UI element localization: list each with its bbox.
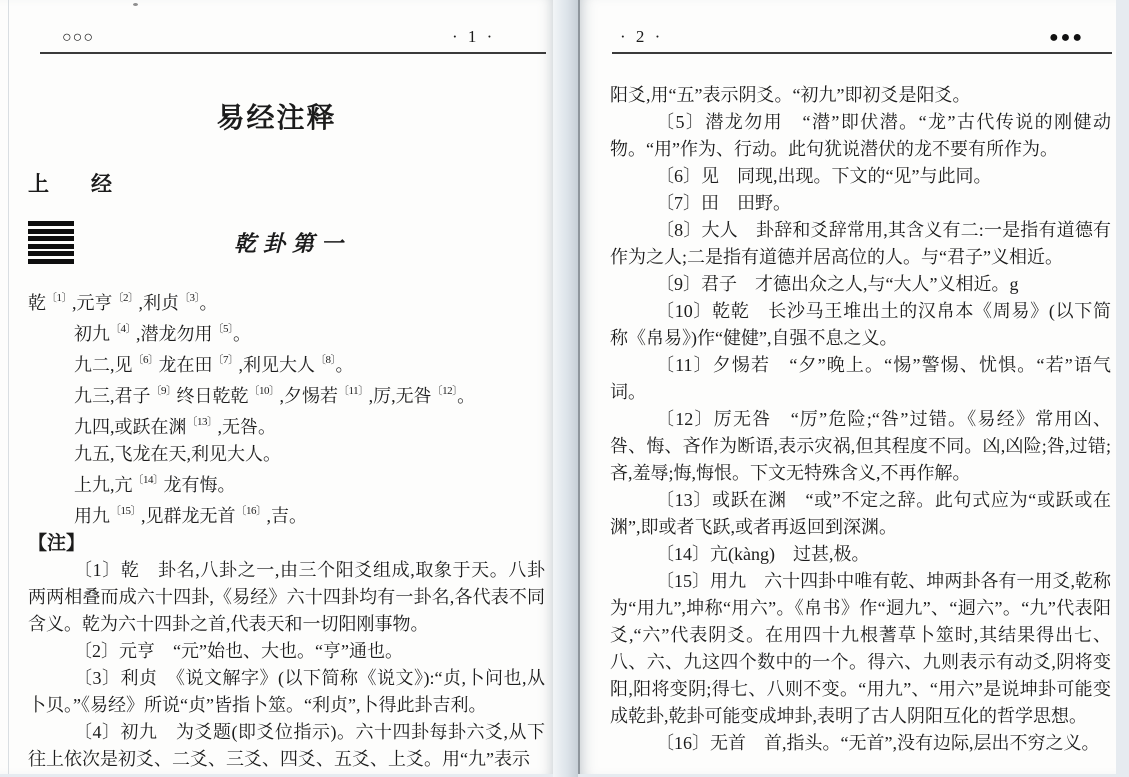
page-number: · 2 · [620,27,663,47]
note-paragraph: 阳爻,用“五”表示阴爻。“初九”即初爻是阳爻。 [610,82,1111,109]
hexagram-line [28,229,74,234]
notes-header: 【注】 [28,530,545,557]
note-paragraph: 〔3〕利贞 《说文解字》(以下简称《说文》):“贞,卜问也,从卜贝。”《易经》所… [28,665,545,719]
page-right-content: 阳爻,用“五”表示阴爻。“初九”即初爻是阳爻。〔5〕潜龙勿用 “潜”即伏潜。“龙… [610,82,1111,757]
page2-paragraphs: 阳爻,用“五”表示阴爻。“初九”即初爻是阳爻。〔5〕潜龙勿用 “潜”即伏潜。“龙… [610,82,1111,757]
chapter-title: 乾卦第一 [234,227,350,258]
ornament-circles-outline: ○○○ [62,29,94,47]
note-paragraph: 〔13〕或跃在渊 “或”不定之辞。此句式应为“或跃或在渊”,即或者飞跃,或者再返… [610,487,1111,541]
note-ref: 〔9〕 [151,385,177,397]
note-ref: 〔7〕 [213,354,239,366]
note-ref: 〔5〕 [213,323,234,335]
notes-left: 〔1〕乾 卦名,八卦之一,由三个阳爻组成,取象于天。八卦两两相叠而成六十四卦,《… [28,557,545,773]
jing-line: 乾〔1〕,元亨〔2〕,利贞〔3〕。 [28,286,545,317]
note-paragraph: 〔2〕元亨 “元”始也、大也。“亨”通也。 [28,638,545,665]
note-ref: 〔16〕 [236,505,267,517]
note-ref: 〔11〕 [338,385,369,397]
jing-text: 乾〔1〕,元亨〔2〕,利贞〔3〕。初九〔4〕,潜龙勿用〔5〕。九二,见〔6〕龙在… [28,286,545,530]
ornament-circles-filled: ●●● [1049,29,1084,47]
jing-line: 上九,亢〔14〕龙有悔。 [28,468,545,499]
book-title: 易经注释 [0,96,553,136]
note-ref: 〔1〕 [46,292,72,304]
hexagram-line [28,259,74,264]
note-paragraph: 〔11〕夕惕若 “夕”晚上。“惕”警惕、忧惧。“若”语气词。 [610,352,1111,406]
hexagram-line [28,236,74,241]
note-paragraph: 〔12〕厉无咎 “厉”危险;“咎”过错。《易经》常用凶、咎、悔、吝作为断语,表示… [610,406,1111,487]
jing-line: 初九〔4〕,潜龙勿用〔5〕。 [28,317,545,348]
jing-line: 九五,飞龙在天,利见大人。 [28,441,545,468]
note-ref: 〔2〕 [113,292,139,304]
note-paragraph: 〔14〕亢(kàng) 过甚,极。 [610,541,1111,568]
hexagram-line [28,221,74,226]
page-left-content: 乾〔1〕,元亨〔2〕,利贞〔3〕。初九〔4〕,潜龙勿用〔5〕。九二,见〔6〕龙在… [28,286,545,773]
note-ref: 〔10〕 [249,385,280,397]
note-ref: 〔6〕 [133,354,159,366]
note-paragraph: 〔1〕乾 卦名,八卦之一,由三个阳爻组成,取象于天。八卦两两相叠而成六十四卦,《… [28,557,545,638]
note-paragraph: 〔16〕无首 首,指头。“无首”,没有边际,层出不穷之义。 [610,730,1111,757]
header-rule [40,52,546,54]
note-ref: 〔3〕 [179,292,200,304]
note-paragraph: 〔10〕乾乾 长沙马王堆出土的汉帛本《周易》(以下简称《帛易》)作“健健”,自强… [610,298,1111,352]
note-ref: 〔14〕 [133,474,164,486]
chapter-row: 乾卦第一 [28,221,545,264]
note-paragraph: 〔4〕初九 为爻题(即爻位指示)。六十四卦每卦六爻,从下往上依次是初爻、二爻、三… [28,719,545,773]
note-ref: 〔12〕 [432,385,458,397]
note-paragraph: 〔7〕田 田野。 [610,190,1111,217]
jing-line: 九三,君子〔9〕终日乾乾〔10〕,夕惕若〔11〕,厉,无咎〔12〕。 [28,379,545,410]
note-ref: 〔8〕 [315,354,336,366]
jing-line: 九二,见〔6〕龙在田〔7〕,利见大人〔8〕。 [28,348,545,379]
note-paragraph: 〔6〕见 同现,出现。下文的“见”与此同。 [610,163,1111,190]
header-rule [612,52,1112,54]
note-ref: 〔4〕 [110,323,136,335]
hexagram-line [28,251,74,256]
jing-line: 用九〔15〕,见群龙无首〔16〕,吉。 [28,499,545,530]
scan-speck [133,3,138,6]
note-paragraph: 〔9〕君子 才德出众之人,与“大人”义相近。g [610,271,1111,298]
page-gutter [553,0,578,777]
page-left: ○○○ · 1 · 易经注释 上 经 乾卦第一 乾〔1〕,元亨〔2〕,利贞〔3〕… [0,0,553,774]
jing-line: 九四,或跃在渊〔13〕,无咎。 [28,410,545,441]
hexagram-qian-icon [28,221,74,264]
hexagram-line [28,244,74,249]
note-paragraph: 〔15〕用九 六十四卦中唯有乾、坤两卦各有一用爻,乾称为“用九”,坤称“用六”。… [610,568,1111,730]
page-right: · 2 · ●●● 阳爻,用“五”表示阴爻。“初九”即初爻是阳爻。〔5〕潜龙勿用… [578,0,1116,774]
section-title: 上 经 [28,168,112,198]
note-paragraph: 〔5〕潜龙勿用 “潜”即伏潜。“龙”古代传说的刚健动物。“用”作为、行动。此句犹… [610,109,1111,163]
book-spread: ○○○ · 1 · 易经注释 上 经 乾卦第一 乾〔1〕,元亨〔2〕,利贞〔3〕… [0,0,1129,777]
note-ref: 〔13〕 [187,416,218,428]
note-ref: 〔15〕 [110,505,141,517]
page-number: · 1 · [452,27,495,47]
note-paragraph: 〔8〕大人 卦辞和爻辞常用,其含义有二:一是指有道德有作为之人;二是指有道德并居… [610,217,1111,271]
